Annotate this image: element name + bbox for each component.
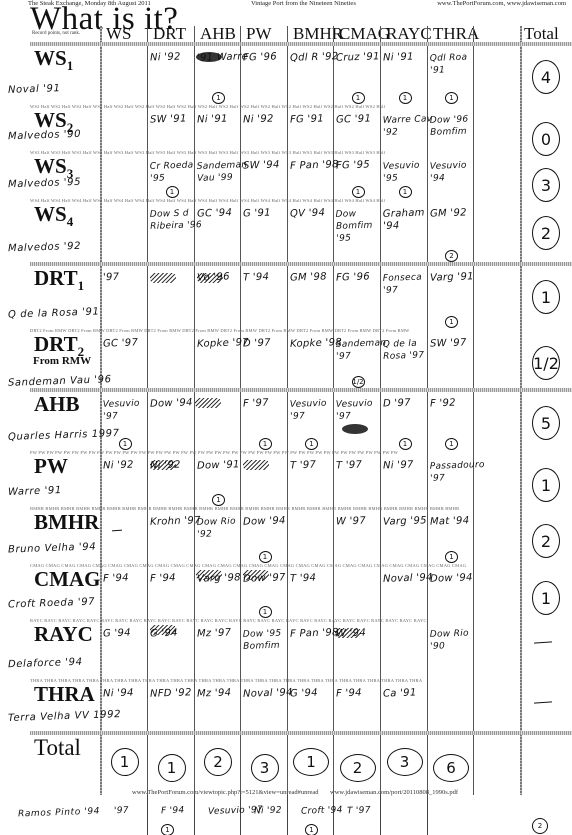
- row-label-drt1: DRT1: [34, 267, 84, 297]
- column-total-score: 3: [387, 748, 423, 776]
- row-strip-pw: PW PW PW PW PW PW PW PW PW PW PW PW PW P…: [30, 450, 572, 455]
- guess-cell[interactable]: Ni '91: [383, 51, 414, 64]
- row-answer: Q de la Rosa '91: [8, 306, 100, 320]
- row-answer: Malvedos '95: [8, 177, 81, 191]
- point-circle: 2: [445, 250, 458, 262]
- row-total-score: 2: [532, 524, 560, 558]
- guess-cell[interactable]: Dow '94: [243, 515, 286, 528]
- header-middle-text: Vintage Port from the Nineteen Nineties: [251, 0, 356, 7]
- crossed-out-mark: [150, 460, 176, 470]
- guess-cell[interactable]: Vesuvio '97: [103, 397, 157, 423]
- guess-cell[interactable]: G '91: [243, 208, 271, 221]
- guess-cell[interactable]: Passadouro '97: [430, 459, 483, 485]
- guess-cell[interactable]: Mat '94: [430, 515, 470, 528]
- column-total-score: 1: [158, 754, 186, 782]
- column-divider-tail: [380, 795, 381, 835]
- guess-cell[interactable]: Noval '94: [383, 572, 433, 586]
- guess-cell[interactable]: Varg '91: [430, 271, 474, 285]
- row-answer: Noval '91: [8, 83, 61, 96]
- point-circle: 1: [399, 438, 412, 450]
- guess-cell[interactable]: QV '94: [290, 207, 326, 220]
- guess-cell[interactable]: T '97: [290, 460, 317, 473]
- guess-cell[interactable]: Dow '94: [430, 572, 473, 585]
- crossed-out-mark: [195, 398, 221, 408]
- crossed-out-mark: [243, 460, 269, 470]
- guess-cell[interactable]: '97: [103, 272, 120, 285]
- row-label-cmag: CMAG: [34, 568, 101, 590]
- guess-cell[interactable]: Vesuvio '94: [430, 159, 483, 185]
- guess-cell[interactable]: Fonseca '97: [383, 271, 437, 297]
- crossed-out-mark: [196, 52, 222, 62]
- guess-cell[interactable]: G '94: [290, 688, 318, 701]
- row-answer: Terra Velha VV 1992: [8, 709, 121, 724]
- guess-cell[interactable]: F '94: [150, 573, 176, 586]
- column-header-ws: WS: [106, 24, 153, 44]
- point-circle: 1: [352, 92, 365, 104]
- guess-cell[interactable]: Dow '95 Bomfim: [243, 627, 297, 653]
- column-header-total: Total: [524, 24, 572, 44]
- point-circle: 1: [305, 824, 318, 835]
- guess-cell[interactable]: F Pan '98: [290, 159, 339, 173]
- guess-cell[interactable]: G '94: [103, 628, 131, 641]
- guess-cell[interactable]: Dow '94: [150, 397, 193, 410]
- guess-cell[interactable]: Dow Rio '92: [197, 515, 250, 541]
- guess-cell[interactable]: Mz '97: [197, 627, 232, 640]
- column-header-cmag: CMAG: [339, 24, 386, 44]
- point-circle: 1/2: [352, 376, 365, 388]
- point-circle: 1: [119, 438, 132, 450]
- row-answer: Sandeman Vau '96: [8, 374, 112, 389]
- crossed-out-mark: [196, 570, 222, 580]
- row-answer: Malvedos '90: [8, 129, 81, 143]
- guess-cell[interactable]: Ca '91: [383, 687, 417, 700]
- point-circle: 1: [259, 551, 272, 563]
- guess-cell[interactable]: FG '95: [336, 159, 370, 172]
- guess-cell[interactable]: GC '94: [197, 207, 233, 220]
- row-sublabel: From RMW: [33, 355, 91, 367]
- row-total-score: 3: [532, 168, 560, 202]
- row-total-score: 1: [532, 581, 560, 615]
- footer-url-forum: www.ThePortForum.com/viewtopic.php?t=512…: [132, 789, 319, 796]
- column-header-drt: DRT: [153, 24, 200, 44]
- row-strip-ahb: [30, 388, 572, 392]
- guess-cell[interactable]: FG '96: [243, 51, 277, 64]
- guess-cell[interactable]: Ni '94: [103, 687, 134, 700]
- guess-cell[interactable]: SW '91: [150, 113, 187, 126]
- guess-cell[interactable]: Mz '94: [197, 687, 232, 700]
- guess-cell[interactable]: T '97: [336, 460, 363, 473]
- total-strip: [30, 731, 572, 735]
- guess-cell[interactable]: GM '98: [290, 271, 327, 284]
- guess-cell[interactable]: Vesuvio '97: [290, 397, 343, 423]
- guess-cell[interactable]: Vesuvio '95: [383, 159, 437, 185]
- guess-cell[interactable]: GC '91: [336, 113, 372, 126]
- extra-guess-cell: F '94: [161, 806, 185, 817]
- guess-cell[interactable]: FG '91: [290, 113, 324, 126]
- column-total-score: 6: [433, 754, 469, 782]
- point-circle: 1: [259, 606, 272, 618]
- guess-cell[interactable]: F Pan '98: [290, 627, 339, 641]
- guess-cell[interactable]: Sandeman '97: [336, 337, 390, 363]
- guess-cell[interactable]: GC '97: [103, 337, 139, 350]
- column-total-score: 3: [251, 754, 279, 782]
- guess-dash: [112, 530, 122, 532]
- row-answer: Warre '91: [8, 485, 62, 498]
- guess-cell[interactable]: Graham '94: [383, 207, 437, 233]
- guess-cell[interactable]: Q de la Rosa '97: [383, 337, 437, 363]
- guess-cell[interactable]: F '94: [336, 688, 362, 701]
- point-circle: 1: [259, 438, 272, 450]
- extra-guess-cell: '97: [114, 806, 129, 817]
- row-label-ahb: AHB: [34, 393, 80, 415]
- point-circle: 1: [445, 438, 458, 450]
- row-total-score: 2: [532, 216, 560, 250]
- row-strip-ws3: WS3 Half WS3 Half WS3 Half WS3 Half WS3 …: [30, 150, 572, 155]
- row-answer: Bruno Velha '94: [8, 541, 97, 555]
- row-total-score: 1: [532, 468, 560, 502]
- guess-cell[interactable]: F '97: [243, 398, 269, 411]
- guess-cell[interactable]: F '92: [430, 398, 456, 411]
- guess-cell[interactable]: GM '92: [430, 207, 467, 220]
- point-circle: 2: [532, 818, 548, 834]
- guess-cell[interactable]: SW '94: [243, 159, 280, 172]
- row-label-ws1: WS1: [34, 47, 73, 77]
- row-strip-ws1: [30, 42, 572, 46]
- point-circle: 1: [399, 92, 412, 104]
- row-label-total: Total: [34, 737, 81, 759]
- guess-cell[interactable]: NFD '92: [150, 687, 192, 700]
- guess-cell[interactable]: Ni '92: [103, 459, 134, 472]
- point-circle: 1: [445, 316, 458, 328]
- point-circle: 1: [445, 92, 458, 104]
- extra-guess-cell: T '97: [347, 806, 371, 817]
- guess-cell[interactable]: Dow '91: [197, 459, 240, 472]
- guess-cell[interactable]: Varg '95: [383, 515, 427, 529]
- point-circle: 1: [399, 186, 412, 198]
- row-strip-drt2: DRT2 From RMW DRT2 From RMW DRT2 From RM…: [30, 328, 572, 333]
- guess-cell[interactable]: Sandeman Vau '99: [197, 159, 250, 185]
- guess-cell[interactable]: Krohn '97: [150, 515, 201, 529]
- row-strip-rayc: RAYC RAYC RAYC RAYC RAYC RAYC RAYC RAYC …: [30, 618, 572, 623]
- row-total-score: 1: [532, 280, 560, 314]
- guess-cell[interactable]: D '97: [383, 398, 411, 411]
- guess-cell[interactable]: Kopke '98: [290, 337, 342, 351]
- crossed-out-mark: [197, 273, 223, 283]
- guess-cell[interactable]: T '94: [243, 272, 270, 285]
- point-circle: 1: [166, 186, 179, 198]
- crossed-out-mark: [150, 273, 176, 283]
- column-header-pw: PW: [246, 24, 293, 44]
- extra-guess-cell: Croft '94: [301, 805, 343, 816]
- instruction-note: Record points, not rank.: [32, 31, 80, 36]
- row-label-bmhr: BMHR: [34, 511, 99, 533]
- guess-cell[interactable]: Ni '92: [150, 51, 181, 64]
- guess-cell[interactable]: Cr Roeda '95: [150, 159, 204, 185]
- row-label-rayc: RAYC: [34, 623, 93, 645]
- row-total-score: 4: [532, 60, 560, 94]
- extra-answer: Ramos Pinto '94: [18, 807, 100, 820]
- column-divider-tail: [194, 795, 195, 835]
- column-divider-tail: [427, 795, 428, 835]
- total-dash: [534, 701, 552, 703]
- row-total-score: 1/2: [532, 346, 560, 380]
- guess-cell[interactable]: Warre Cav '92: [383, 113, 437, 139]
- guess-cell[interactable]: Dow '96 Bomfim: [430, 113, 483, 139]
- guess-cell[interactable]: Noval '94: [243, 687, 293, 701]
- guess-cell[interactable]: Cruz '91: [336, 51, 380, 65]
- row-answer: Quarles Harris 1997: [8, 428, 120, 443]
- row-answer: Croft Roeda '97: [8, 596, 96, 610]
- guess-cell[interactable]: Dow Bomfim '95: [335, 207, 389, 245]
- guess-cell[interactable]: W '97: [336, 515, 366, 528]
- column-total-score: 1: [293, 748, 329, 776]
- guess-cell[interactable]: FG '96: [336, 271, 370, 284]
- row-label-ws4: WS4: [34, 203, 73, 233]
- guess-cell[interactable]: Dow Rio '90: [430, 627, 483, 653]
- point-circle: 1: [352, 186, 365, 198]
- guess-cell[interactable]: Dow S d Ribeira '96: [150, 207, 204, 233]
- column-total-score: 1: [111, 748, 139, 776]
- row-label-thra: THRA: [34, 683, 95, 705]
- row-total-score: 5: [532, 406, 560, 440]
- guess-cell[interactable]: Ni '92: [243, 113, 274, 126]
- column-total-score: 2: [204, 748, 232, 776]
- row-strip-ws4: WS4 Half WS4 Half WS4 Half WS4 Half WS4 …: [30, 198, 572, 203]
- point-circle: 1: [305, 438, 318, 450]
- row-strip-ws2: WS2 Half WS2 Half WS2 Half WS2 Half WS2 …: [30, 104, 572, 109]
- row-label-pw: PW: [34, 455, 68, 477]
- row-strip-bmhr: BMHR BMHR BMHR BMHR BMHR BMHR BMHR BMHR …: [30, 506, 572, 511]
- point-circle: 1: [212, 494, 225, 506]
- footer-url-jdawiseman: www.jdawiseman.com/port/20110808_1990s.p…: [330, 789, 458, 796]
- column-divider-tail: [147, 795, 148, 835]
- guess-cell[interactable]: D '97: [243, 338, 271, 351]
- column-total-score: 2: [340, 754, 376, 782]
- crossed-out-mark: [335, 628, 361, 638]
- crossed-out-mark: [150, 625, 176, 635]
- guess-cell[interactable]: Qdl Roa '91: [430, 51, 483, 77]
- guess-cell[interactable]: Ni '91: [197, 113, 228, 126]
- guess-cell[interactable]: T '94: [290, 573, 317, 586]
- row-strip-cmag: CMAG CMAG CMAG CMAG CMAG CMAG CMAG CMAG …: [30, 563, 572, 568]
- point-circle: 1: [161, 824, 174, 835]
- row-strip-thra: THRA THRA THRA THRA THRA THRA THRA THRA …: [30, 678, 572, 683]
- guess-cell[interactable]: Vesuvio '97: [336, 397, 390, 423]
- row-strip-drt1: [30, 262, 572, 266]
- header-right-text: www.ThePortForum.com, www.jdawiseman.com: [437, 0, 566, 7]
- column-header-rayc: RAYC: [386, 24, 433, 44]
- row-answer: Delaforce '94: [8, 657, 83, 671]
- guess-cell[interactable]: SW '97: [430, 337, 467, 350]
- point-circle: 1: [212, 92, 225, 104]
- total-dash: [534, 641, 552, 643]
- crossed-out-mark: [243, 570, 269, 580]
- guess-cell[interactable]: F '94: [103, 573, 129, 586]
- crossed-out-mark: [342, 424, 368, 434]
- guess-cell[interactable]: Ni '97: [383, 459, 414, 472]
- row-answer: Malvedos '92: [8, 241, 81, 255]
- point-circle: 1: [445, 551, 458, 563]
- guess-cell[interactable]: Kopke '97: [197, 337, 249, 351]
- column-divider-tail: [287, 795, 288, 835]
- guess-cell[interactable]: Qdl R '92: [290, 51, 339, 65]
- extra-guess-cell: Ni '92: [254, 806, 282, 817]
